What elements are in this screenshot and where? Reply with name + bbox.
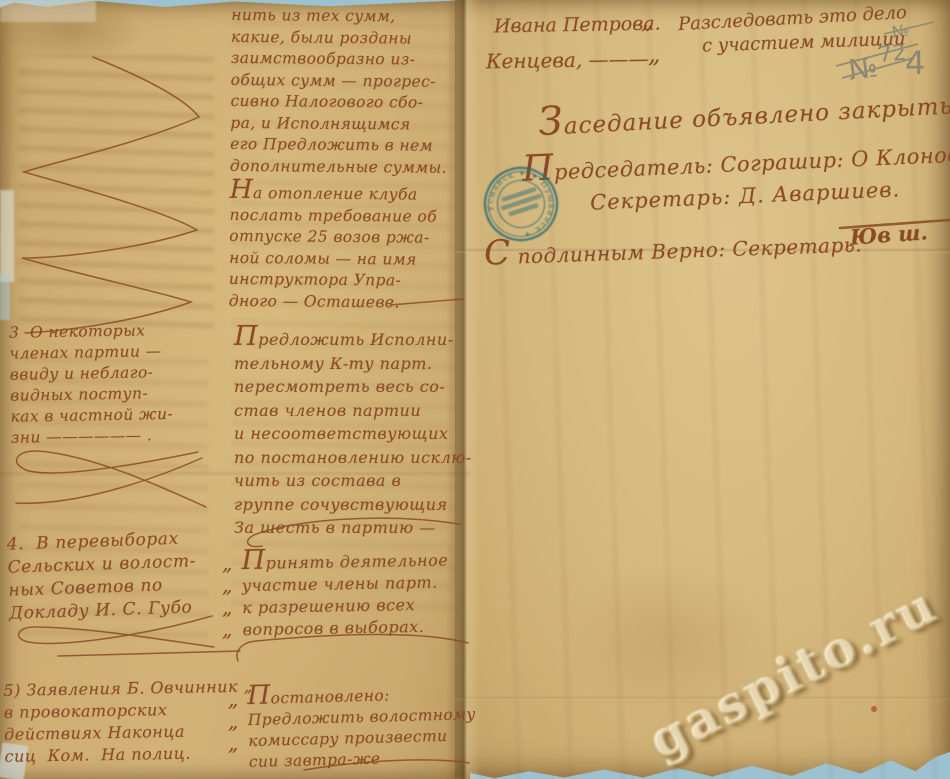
- handwritten-line: отпуске 25 возов ржа-: [229, 226, 479, 250]
- handwritten-line: сиц Ком. На полиц.: [4, 742, 226, 768]
- handwritten-line: ра, и Исполнящимся: [230, 112, 480, 136]
- handwritten-line: 5) Заявления Б. Овчинник „: [3, 676, 225, 702]
- handwritten-line: группе сочувствующия: [234, 493, 480, 517]
- handwritten-line: дополнительные суммы.: [230, 155, 480, 179]
- handwritten-line: вопросов в выборах.: [242, 615, 482, 641]
- ditto-marks: „ „ „: [228, 688, 238, 754]
- resolution-name-line-2: Кенцева, ———: [486, 47, 649, 74]
- quote-mark: „: [228, 710, 238, 732]
- handwritten-line: инструктора Упра-: [229, 269, 479, 293]
- quote-mark: „: [228, 732, 238, 754]
- handwritten-line: ной соломы — на имя: [229, 247, 479, 271]
- main-text-block-1: нить из тех сумм, какие, были розданы за…: [229, 5, 482, 314]
- quote-mark: „: [222, 574, 232, 596]
- handwritten-line: послать требование об: [229, 204, 479, 228]
- handwritten-line: общих сумм — прогрес-: [231, 69, 481, 93]
- handwritten-line: пересмотреть весь со-: [234, 375, 480, 399]
- margin-item-3: 3 О некоторых членах партии — ввиду и не…: [9, 319, 217, 449]
- quote-mark: „: [222, 552, 232, 574]
- handwritten-line: зни —————— .: [11, 424, 217, 449]
- quote-mark: „: [641, 6, 653, 34]
- handwritten-line: На отопление клуба: [230, 177, 480, 207]
- quote-mark: „: [648, 40, 660, 68]
- resolution-name-line-1: Ивана Петрова.: [494, 13, 661, 38]
- quote-mark: „: [228, 688, 238, 710]
- ditto-marks: „ „ „ „: [222, 552, 232, 640]
- handwritten-line: Принять деятельное: [241, 543, 481, 575]
- handwritten-line: какие, были розданы: [231, 26, 481, 50]
- handwritten-line: его Предложить в нем: [230, 134, 480, 158]
- handwritten-line: Предложить Исполни-: [234, 323, 480, 352]
- handwritten-line: тельному К-ту парт.: [234, 352, 480, 376]
- handwritten-line: нить из тех сумм,: [231, 5, 481, 29]
- handwritten-line: дного — Осташеве.: [229, 290, 479, 314]
- quote-mark: „: [222, 618, 232, 640]
- main-text-block-4: Постановлено: Предложить волостному коми…: [247, 677, 484, 773]
- quote-mark: „: [222, 596, 232, 618]
- margin-item-4: 4. В перевыборах Сельских и волост- ных …: [6, 526, 225, 625]
- main-text-block-3: Принять деятельное участие члены парт. к…: [241, 543, 483, 641]
- handwritten-line: чить из состава в: [234, 469, 480, 493]
- handwritten-line: сивно Налогового сбо-: [230, 91, 480, 115]
- handwritten-line: За шесть в партию —: [234, 516, 480, 540]
- handwritten-line: став членов партии: [234, 399, 480, 423]
- handwritten-line: по постановлению исклю-: [234, 446, 480, 470]
- handwritten-line: заимствообразно из-: [231, 48, 481, 72]
- margin-item-5: 5) Заявления Б. Овчинник „ в провокаторс…: [3, 676, 227, 768]
- scanned-document: нить из тех сумм, какие, были розданы за…: [0, 0, 950, 779]
- main-text-block-2: Предложить Исполни- тельному К-ту парт. …: [234, 323, 480, 540]
- handwritten-line: и несоответствующих: [234, 422, 480, 446]
